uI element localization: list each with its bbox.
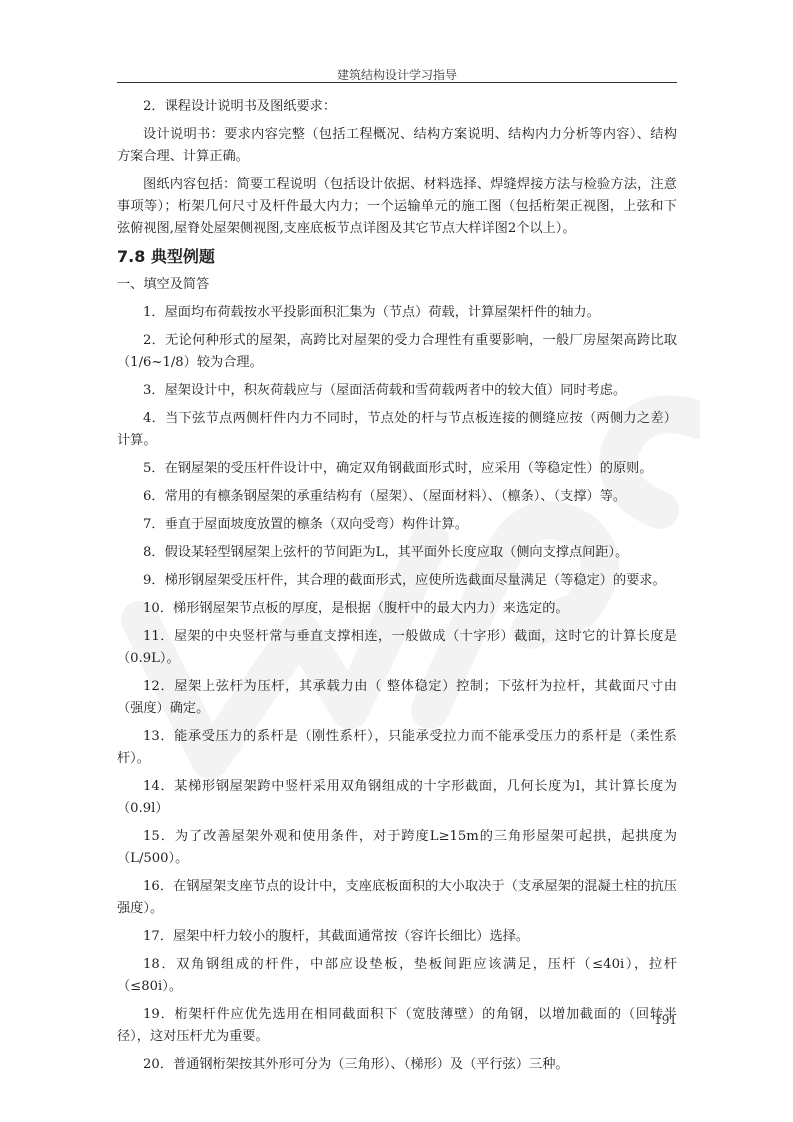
question-item: 18．双角钢组成的杆件，中部应设垫板，垫板间距应该满足，压杆（≤40i），拉杆（… <box>117 954 677 998</box>
question-item: 10．梯形钢屋架节点板的厚度，是根据（腹杆中的最大内力）来选定的。 <box>117 598 677 620</box>
question-item: 2．无论何种形式的屋架，高跨比对屋架的受力合理性有重要影响，一般厂房屋架高跨比取… <box>117 330 677 374</box>
question-item: 7．垂直于屋面坡度放置的檩条（双向受弯）构件计算。 <box>117 514 677 536</box>
question-item: 3．屋架设计中，积灰荷载应与（屋面活荷载和雪荷载两者中的较大值）同时考虑。 <box>117 380 677 402</box>
question-item: 17．屋架中杆力较小的腹杆，其截面通常按（容许长细比）选择。 <box>117 926 677 948</box>
question-item: 12．屋架上弦杆为压杆，其承载力由（ 整体稳定）控制；下弦杆为拉杆，其截面尺寸由… <box>117 676 677 720</box>
question-item: 19．桁架杆件应优先选用在相同截面积下（宽肢薄壁）的角钢，以增加截面的（回转半径… <box>117 1004 677 1048</box>
question-item: 9．梯形钢屋架受压杆件，其合理的截面形式，应使所选截面尽量满足（等稳定）的要求。 <box>117 570 677 592</box>
intro-paragraph: 设计说明书：要求内容完整（包括工程概况、结构方案说明、结构内力分析等内容）、结构… <box>117 124 677 168</box>
question-item: 8．假设某轻型钢屋架上弦杆的节间距为L，其平面外长度应取（侧向支撑点间距）。 <box>117 542 677 564</box>
question-item: 20．普通钢桁架按其外形可分为（三角形）、（梯形）及（平行弦）三种。 <box>117 1054 677 1076</box>
question-item: 6．常用的有檩条钢屋架的承重结构有（屋架）、（屋面材料）、（檩条）、（支撑）等。 <box>117 486 677 508</box>
intro-paragraph: 图纸内容包括：简要工程说明（包括设计依据、材料选择、焊缝焊接方法与检验方法，注意… <box>117 174 677 240</box>
question-item: 4．当下弦节点两侧杆件内力不同时，节点处的杆与节点板连接的侧缝应按（两侧力之差）… <box>117 408 677 452</box>
header-divider <box>117 82 677 83</box>
page-content: 2．课程设计说明书及图纸要求： 设计说明书：要求内容完整（包括工程概况、结构方案… <box>117 96 677 1082</box>
intro-paragraph: 2．课程设计说明书及图纸要求： <box>117 96 677 118</box>
running-header: 建筑结构设计学习指导 <box>117 66 677 83</box>
question-item: 14．某梯形钢屋架跨中竖杆采用双角钢组成的十字形截面，几何长度为l，其计算长度为… <box>117 776 677 820</box>
question-item: 1．屋面均布荷载按水平投影面积汇集为（节点）荷载，计算屋架杆件的轴力。 <box>117 302 677 324</box>
page-number: 191 <box>600 1013 677 1027</box>
question-item: 13．能承受压力的系杆是（刚性系杆），只能承受拉力而不能承受压力的系杆是（柔性系… <box>117 726 677 770</box>
question-item: 5．在钢屋架的受压杆件设计中，确定双角钢截面形式时，应采用（等稳定性）的原则。 <box>117 458 677 480</box>
subsection-heading: 一、填空及简答 <box>117 274 677 296</box>
question-item: 15．为了改善屋架外观和使用条件，对于跨度L≥15m的三角形屋架可起拱，起拱度为… <box>117 826 677 870</box>
question-item: 16．在钢屋架支座节点的设计中，支座底板面积的大小取决于（支承屋架的混凝土柱的抗… <box>117 876 677 920</box>
section-heading: 7.8 典型例题 <box>117 246 677 268</box>
question-item: 11．屋架的中央竖杆常与垂直支撑相连，一般做成（十字形）截面，这时它的计算长度是… <box>117 626 677 670</box>
